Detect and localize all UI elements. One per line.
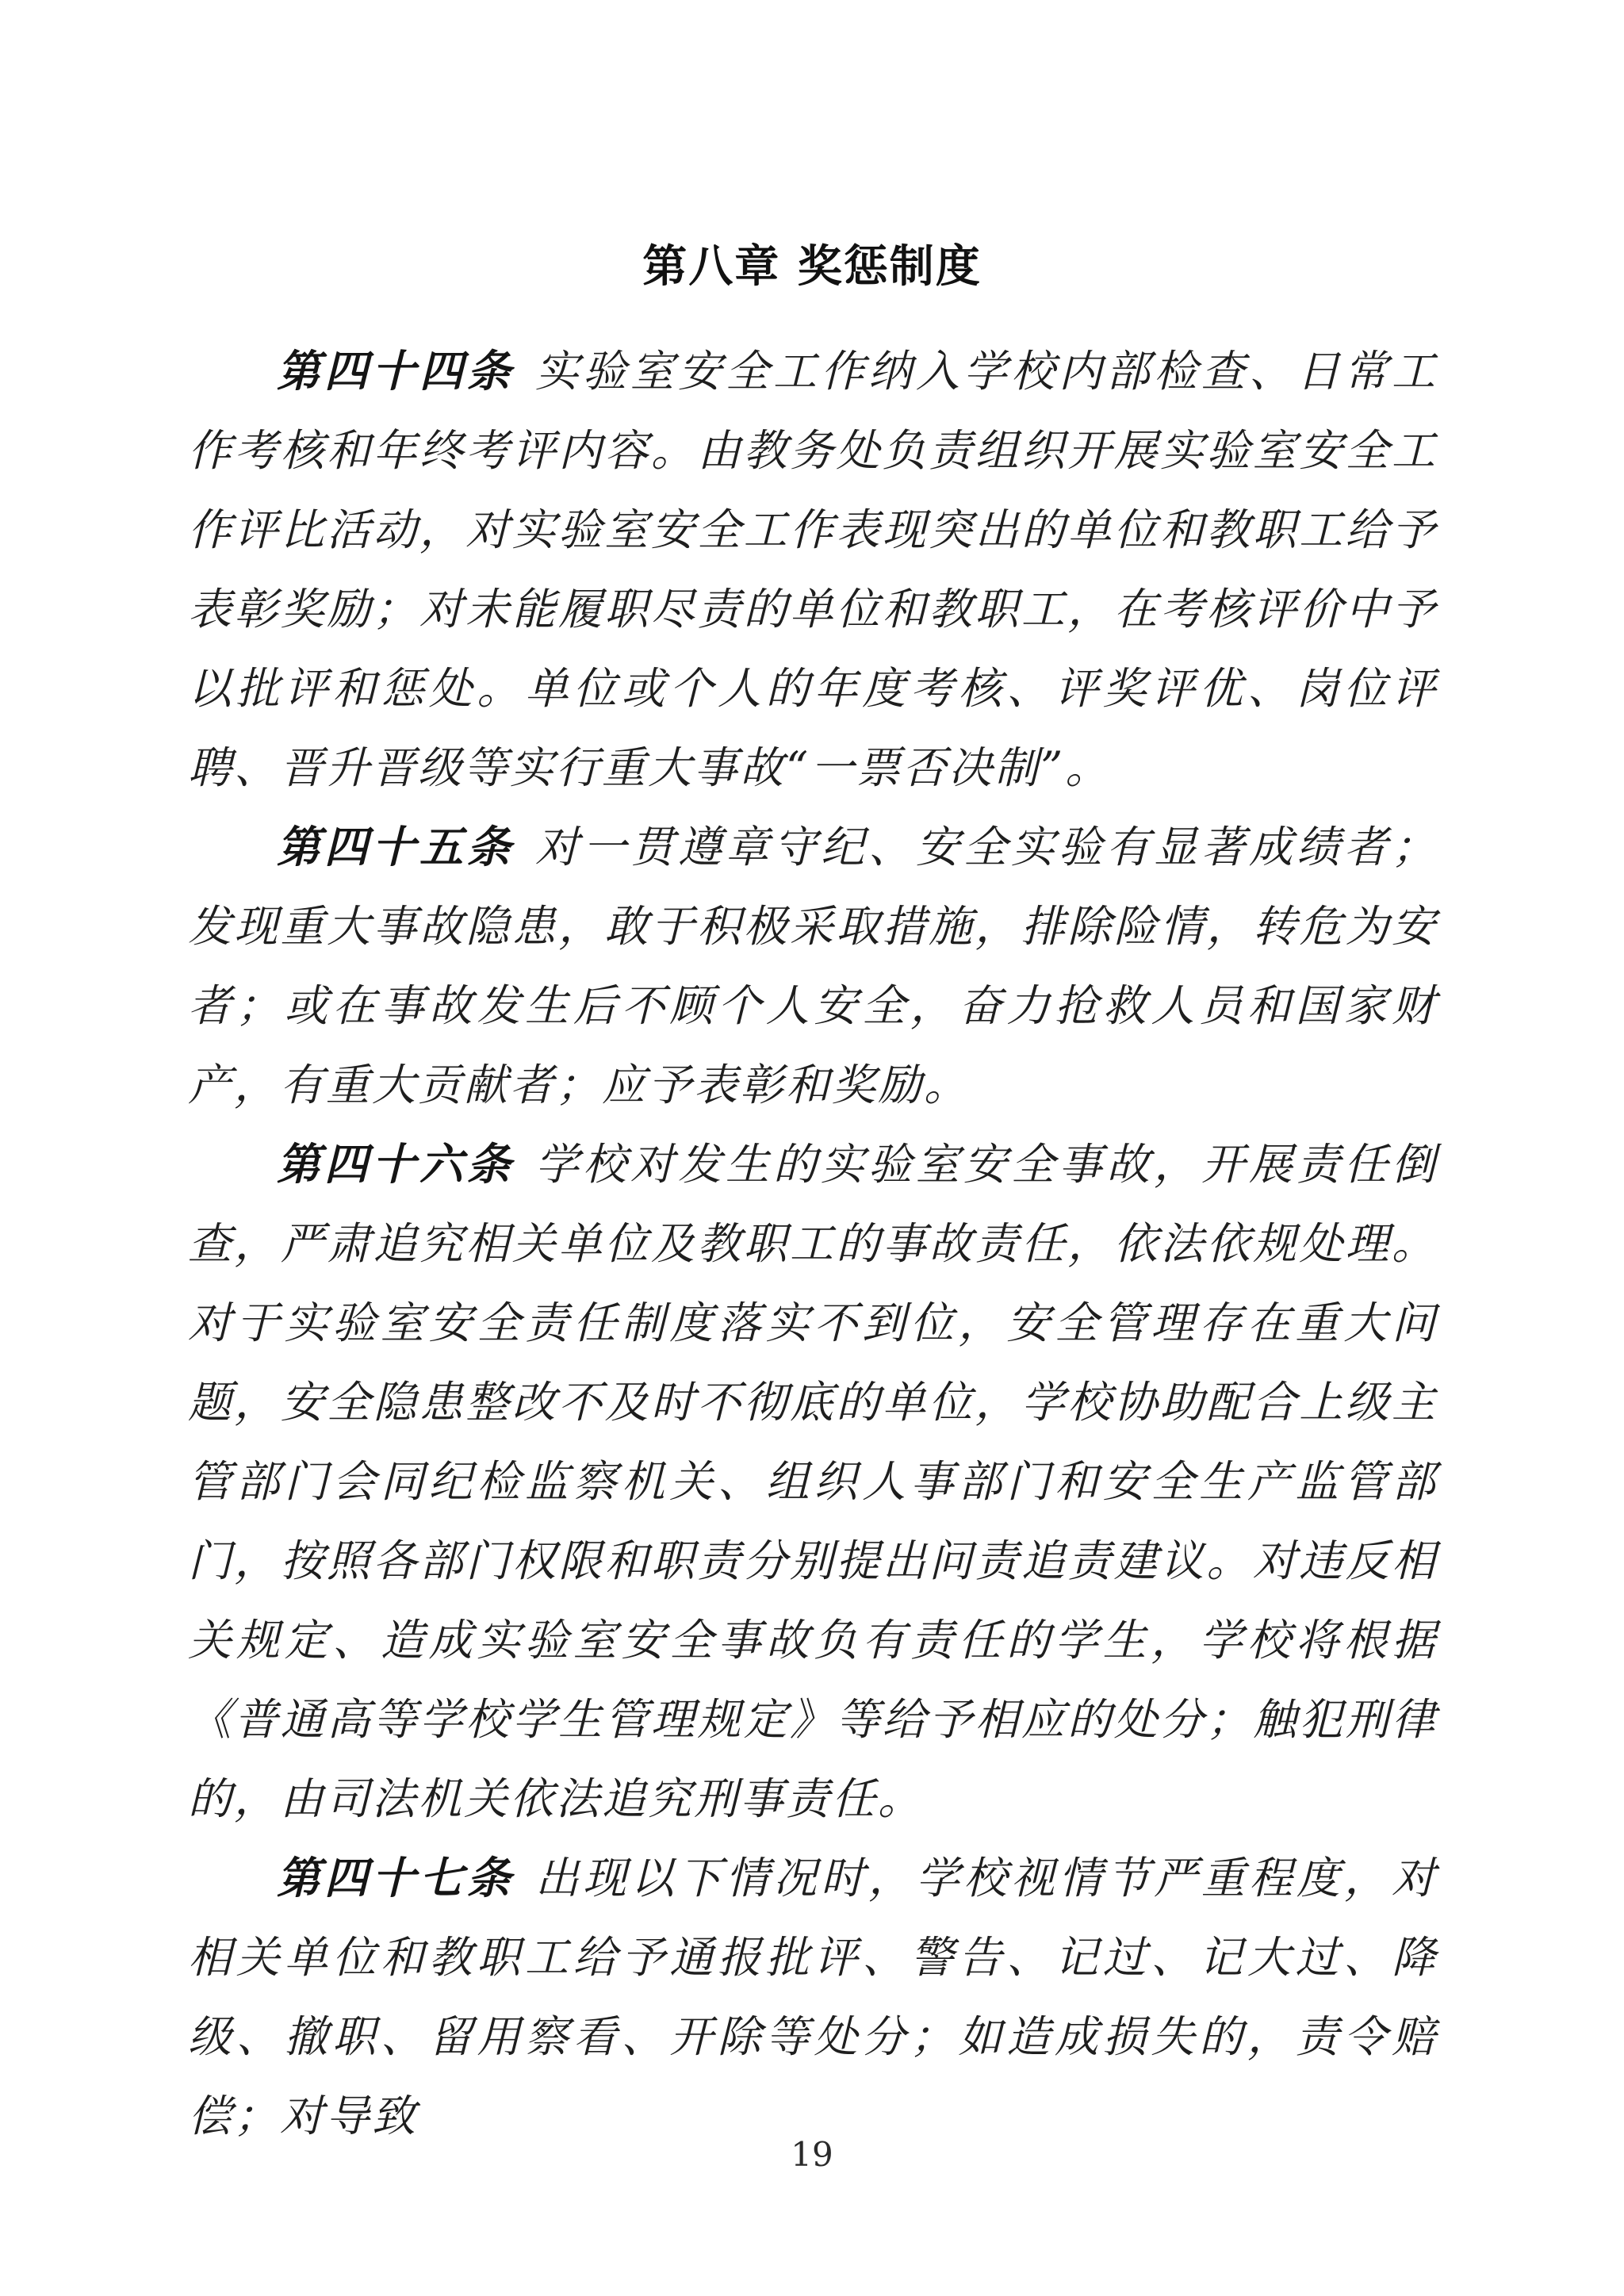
article-45-number: 第四十五条	[277, 821, 515, 872]
document-body: 第四十四条实验室安全工作纳入学校内部检查、日常工作考核和年终考评内容。由教务处负…	[188, 332, 1438, 2156]
article-47-number: 第四十七条	[277, 1852, 515, 1903]
article-46-text: 学校对发生的实验室安全事故，开展责任倒查，严肃追究相关单位及教职工的事故责任，依…	[188, 1139, 1438, 1824]
article-44-text: 实验室安全工作纳入学校内部检查、日常工作考核和年终考评内容。由教务处负责组织开展…	[188, 346, 1438, 793]
article-45-paragraph: 第四十五条对一贯遵章守纪、安全实验有显著成绩者；发现重大事故隐患，敢于积极采取措…	[188, 807, 1438, 1125]
article-47-paragraph: 第四十七条出现以下情况时，学校视情节严重程度，对相关单位和教职工给予通报批评、警…	[188, 1838, 1438, 2156]
article-46-paragraph: 第四十六条学校对发生的实验室安全事故，开展责任倒查，严肃追究相关单位及教职工的事…	[188, 1125, 1438, 1838]
article-44-paragraph: 第四十四条实验室安全工作纳入学校内部检查、日常工作考核和年终考评内容。由教务处负…	[188, 332, 1438, 807]
document-page: 第八章 奖惩制度 第四十四条实验室安全工作纳入学校内部检查、日常工作考核和年终考…	[0, 0, 1624, 2296]
page-number: 19	[0, 2135, 1624, 2174]
article-44-number: 第四十四条	[277, 345, 515, 397]
chapter-title: 第八章 奖惩制度	[0, 232, 1624, 295]
article-46-number: 第四十六条	[277, 1138, 515, 1190]
